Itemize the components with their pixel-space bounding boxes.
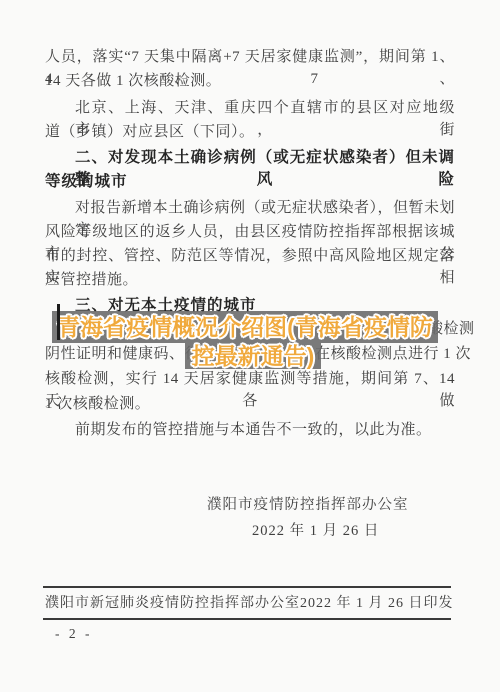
doc-line: 前期发布的管控措施与本通告不一致的，以此为准。 — [45, 419, 455, 441]
footer-row: 濮阳市新冠肺炎疫情防控指挥部办公室 2022 年 1 月 26 日印发 — [45, 592, 449, 612]
doc-line: 应管控措施。 — [45, 269, 455, 291]
doc-line-left-fragment: 阴性证明和健康码、行 — [45, 343, 200, 365]
footer-issuer: 濮阳市新冠肺炎疫情防控指挥部办公室 — [45, 592, 300, 612]
watermark-title-box: 控最新通告) — [185, 343, 321, 369]
footer-rule-bottom — [43, 618, 451, 620]
watermark-title-line1: 青海省疫情概况介绍图(青海省疫情防 — [57, 316, 433, 339]
doc-line-right-fragment: 在核酸检测点进行 1 次 — [315, 343, 471, 365]
doc-line: 1 次核酸检测。 — [45, 393, 455, 415]
footer-print-date: 2022 年 1 月 26 日印发 — [300, 592, 454, 612]
page-number: - 2 - — [55, 626, 93, 642]
watermark-edge-mark — [57, 304, 60, 340]
watermark-title-box: 青海省疫情概况介绍图(青海省疫情防 — [52, 311, 438, 343]
signature-office: 濮阳市疫情防控指挥部办公室 — [207, 493, 409, 514]
doc-line: 道（乡镇）对应县区（下同）。 — [45, 121, 455, 143]
signature-date: 2022 年 1 月 26 日 — [252, 519, 379, 540]
watermark-title-line2: 控最新通告) — [192, 345, 315, 368]
doc-heading-2-cont: 等级的城市 — [45, 171, 455, 193]
document-page: 人员，落实“7 天集中隔离+7 天居家健康监测”，期间第 1、4、7、 14 天… — [0, 0, 500, 692]
footer-rule-top — [43, 586, 451, 588]
doc-line: 14 天各做 1 次核酸检测。 — [45, 70, 455, 92]
